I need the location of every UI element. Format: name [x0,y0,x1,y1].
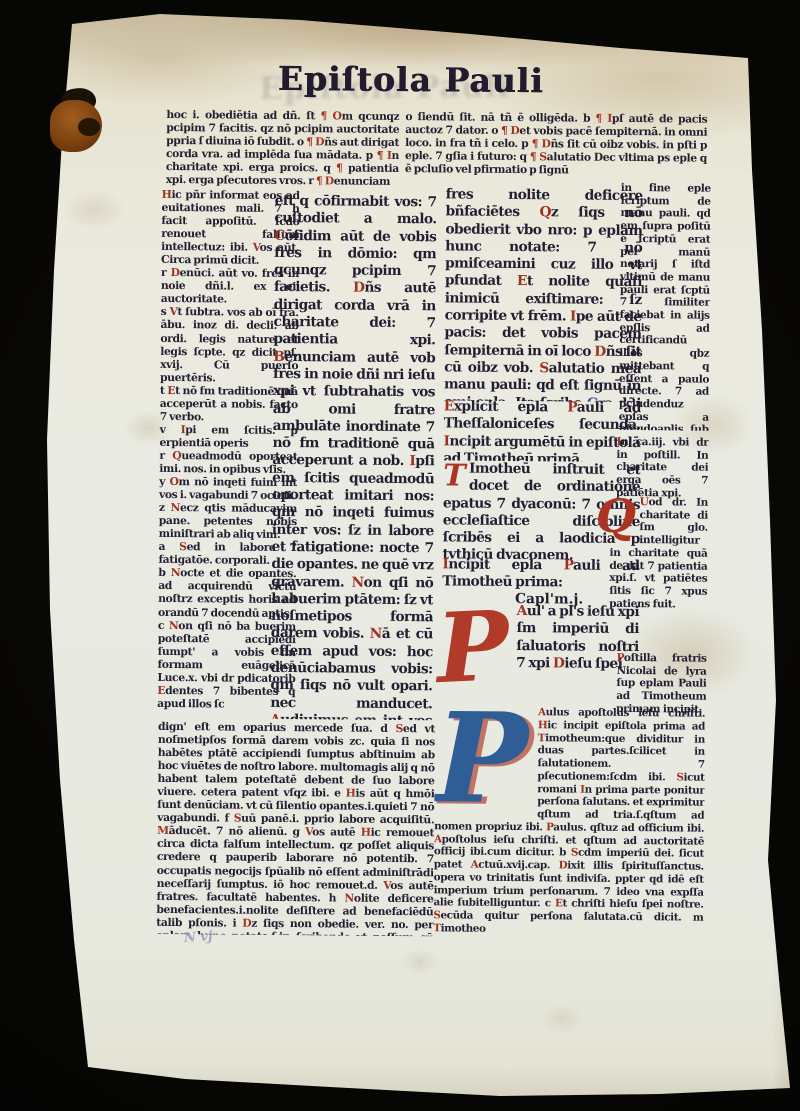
main-text-column-right: fres nolite deficere bñfaciētes Qz ſiqs … [444,186,643,402]
lombard-initial-t-icon: T [443,462,465,489]
lombard-initial-q-icon: Q [596,498,636,536]
right-margin-additio-note: QUod dr. In charitate di ſm glo. intelli… [609,496,708,611]
top-commentary-right: o ſiendū ſit. nā tñ ē olligēda. b ¶ Ipſ … [405,110,708,185]
top-commentary-left: hoc i. obediētia ad dñ. ſt ¶ Om qcunqz p… [166,108,400,192]
right-margin-postilla-note: Poſtilla fratris Nicolai de lyra ſup epl… [616,652,707,715]
bottom-commentary-right: PAulus apoſtolus ieſu chriſti. Hic incip… [433,705,705,941]
page-content: Epiſtola Pauli Epiſtola Pauli hoc i. obe… [0,0,800,1111]
timothy-opening-block: PAul' a pl's ieſu xpi ſm imperiū di ſalu… [436,602,639,720]
right-margin-salutatio-note: in fine eple ſcriptum de manu pauli. qd … [619,182,711,431]
handwritten-quire-mark: N vj [184,926,265,953]
page-title: Epiſtola Pauli [255,59,565,104]
explicit-colophon: Explicit epla Pauli ad Theſſaloniceſes ſ… [443,398,641,462]
illuminated-initial-blue-p-icon: P [434,709,528,809]
illuminated-initial-red-p-icon: P [435,609,510,687]
main-text-column-left: eſt q cōfirmabit vos: 7 cuſtodiet a malo… [270,193,437,720]
bottom-commentary-left: dign' eſt em oparius mercede ſua. d Sed … [156,720,435,936]
manuscript-photo: Epiſtola Pauli Epiſtola Pauli hoc i. obe… [0,0,800,1111]
